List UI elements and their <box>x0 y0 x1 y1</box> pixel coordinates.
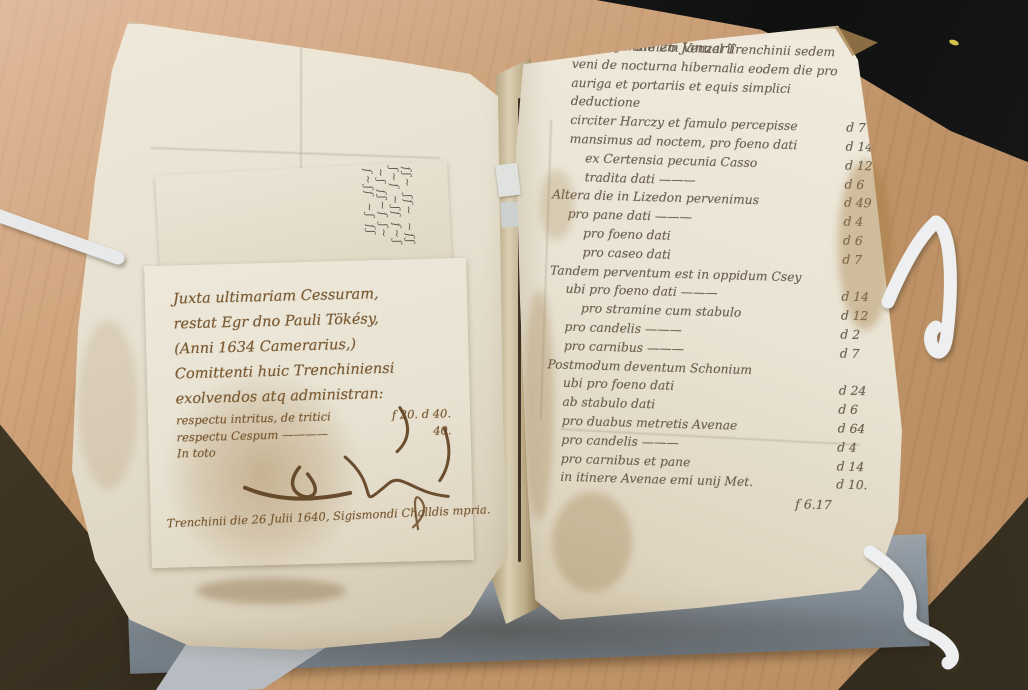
ledger-line-amount <box>839 363 882 383</box>
ledger-line-amount: d 24 <box>839 382 882 402</box>
ledger-line-text: pro foeno dati <box>583 224 671 245</box>
ledger-line-amount: d 64 <box>838 419 881 439</box>
water-stain <box>78 320 138 490</box>
ink-stain <box>196 578 346 604</box>
ledger-line-amount: d 4 <box>837 438 880 458</box>
ledger-line-amount: d 14 <box>836 457 879 477</box>
inserted-note-sheet: Juxta ultimariam Cessuram, restat Egr dn… <box>144 258 474 568</box>
water-stain <box>552 492 632 592</box>
ledger-line-amount: d 6 <box>838 401 881 421</box>
ledger-line-text: in itinere Avenae emi unij Met. <box>560 468 753 492</box>
water-stain <box>524 290 554 520</box>
ledger-line-text: pro caseo dati <box>582 243 671 264</box>
page-crease <box>150 147 440 159</box>
ledger-line-text: ab stabulo dati <box>562 393 655 414</box>
paper-slip <box>495 163 521 197</box>
photograph-of-archival-manuscript-book: Anno 1621 die 26 Januarii Ad dnum Johann… <box>0 0 1028 690</box>
signature-paraph <box>144 258 474 568</box>
water-stain <box>540 170 574 240</box>
water-stain <box>838 160 892 330</box>
paper-slip <box>500 202 518 228</box>
ledger-line-amount: d 7 <box>840 344 883 364</box>
ledger-line-amount: d 10. <box>836 476 879 496</box>
